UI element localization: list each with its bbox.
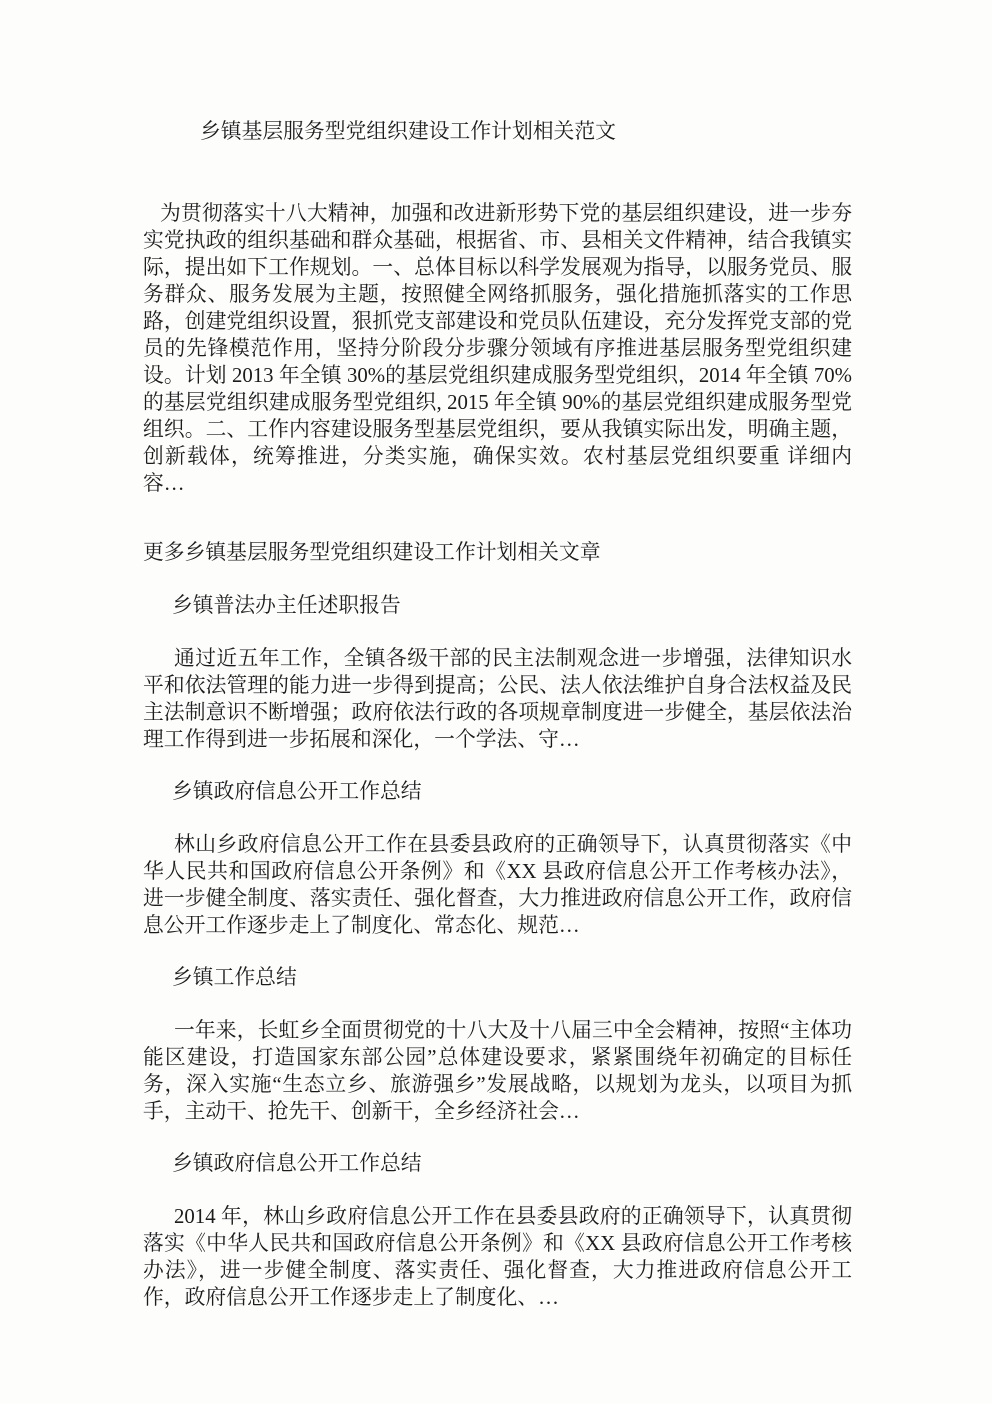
document-title: 乡镇基层服务型党组织建设工作计划相关范文 xyxy=(143,118,852,145)
article-excerpt: 林山乡政府信息公开工作在县委县政府的正确领导下，认真贯彻落实《中华人民共和国政府… xyxy=(143,831,852,939)
related-article: 乡镇政府信息公开工作总结 2014 年，林山乡政府信息公开工作在县委县政府的正确… xyxy=(143,1150,852,1311)
article-title: 乡镇工作总结 xyxy=(143,964,852,991)
article-title: 乡镇普法办主任述职报告 xyxy=(143,592,852,619)
related-articles-heading: 更多乡镇基层服务型党组织建设工作计划相关文章 xyxy=(143,539,852,566)
article-excerpt: 一年来，长虹乡全面贯彻党的十八大及十八届三中全会精神，按照“主体功能区建设，打造… xyxy=(143,1017,852,1125)
article-excerpt: 2014 年，林山乡政府信息公开工作在县委县政府的正确领导下，认真贯彻落实《中华… xyxy=(143,1203,852,1311)
intro-paragraph: 为贯彻落实十八大精神，加强和改进新形势下党的基层组织建设，进一步夯实党执政的组织… xyxy=(143,200,852,497)
document-page: 乡镇基层服务型党组织建设工作计划相关范文 为贯彻落实十八大精神，加强和改进新形势… xyxy=(0,0,992,1403)
article-excerpt: 通过近五年工作，全镇各级干部的民主法制观念进一步增强，法律知识水平和依法管理的能… xyxy=(143,645,852,753)
article-title: 乡镇政府信息公开工作总结 xyxy=(143,1150,852,1177)
related-article: 乡镇普法办主任述职报告 通过近五年工作，全镇各级干部的民主法制观念进一步增强，法… xyxy=(143,592,852,753)
related-article: 乡镇政府信息公开工作总结 林山乡政府信息公开工作在县委县政府的正确领导下，认真贯… xyxy=(143,778,852,939)
article-title: 乡镇政府信息公开工作总结 xyxy=(143,778,852,805)
related-article: 乡镇工作总结 一年来，长虹乡全面贯彻党的十八大及十八届三中全会精神，按照“主体功… xyxy=(143,964,852,1125)
